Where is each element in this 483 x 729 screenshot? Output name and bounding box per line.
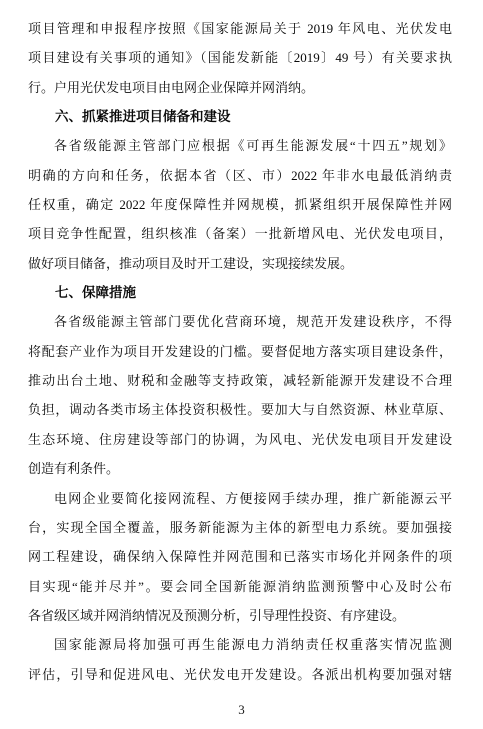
text-line: 目实现“能并尽并”。要会同全国新能源消纳监测预警中心及时公布 <box>28 572 452 601</box>
text-line: 明确的方向和任务，依据本省（区、市）2022 年非水电最低消纳责 <box>28 161 452 190</box>
section-heading: 七、保障措施 <box>28 278 452 307</box>
text-line: 生态环境、住房建设等部门的协调，为风电、光伏发电项目开发建设 <box>28 425 452 454</box>
section-heading: 六、抓紧推进项目储备和建设 <box>28 102 452 131</box>
text-line: 推动出台土地、财税和金融等支持政策，减轻新能源开发建设不合理 <box>28 366 452 395</box>
text-line: 任权重，确定 2022 年度保障性并网规模，抓紧组织开展保障性并网 <box>28 190 452 219</box>
document-body: 项目管理和申报程序按照《国家能源局关于 2019 年风电、光伏发电项目建设有关事… <box>28 14 452 689</box>
text-line: 国家能源局将加强可再生能源电力消纳责任权重落实情况监测 <box>28 630 452 659</box>
document-page: 项目管理和申报程序按照《国家能源局关于 2019 年风电、光伏发电项目建设有关事… <box>0 0 483 729</box>
text-line: 创造有利条件。 <box>28 454 452 483</box>
text-line: 项目竞争性配置，组织核准（备案）一批新增风电、光伏发电项目， <box>28 219 452 248</box>
text-line: 各省级区域并网消纳情况及预测分析，引导理性投资、有序建设。 <box>28 601 452 630</box>
text-line: 电网企业要简化接网流程、方便接网手续办理，推广新能源云平 <box>28 484 452 513</box>
text-line: 各省级能源主管部门要优化营商环境，规范开发建设秩序，不得 <box>28 307 452 336</box>
text-line: 评估，引导和促进风电、光伏发电开发建设。各派出机构要加强对辖 <box>28 660 452 689</box>
page-number: 3 <box>0 700 483 720</box>
text-line: 台，实现全国全覆盖，服务新能源为主体的新型电力系统。要加强接 <box>28 513 452 542</box>
text-line: 网工程建设，确保纳入保障性并网范围和已落实市场化并网条件的项 <box>28 542 452 571</box>
text-line: 各省级能源主管部门应根据《可再生能源发展“十四五”规划》 <box>28 131 452 160</box>
text-line: 项目建设有关事项的通知》（国能发新能〔2019〕49 号）有关要求执 <box>28 43 452 72</box>
text-line: 负担，调动各类市场主体投资积极性。要加大与自然资源、林业草原、 <box>28 395 452 424</box>
text-line: 将配套产业作为项目开发建设的门槛。要督促地方落实项目建设条件， <box>28 337 452 366</box>
text-line: 做好项目储备，推动项目及时开工建设，实现接续发展。 <box>28 249 452 278</box>
text-line: 项目管理和申报程序按照《国家能源局关于 2019 年风电、光伏发电 <box>28 14 452 43</box>
text-line: 行。户用光伏发电项目由电网企业保障并网消纳。 <box>28 73 452 102</box>
